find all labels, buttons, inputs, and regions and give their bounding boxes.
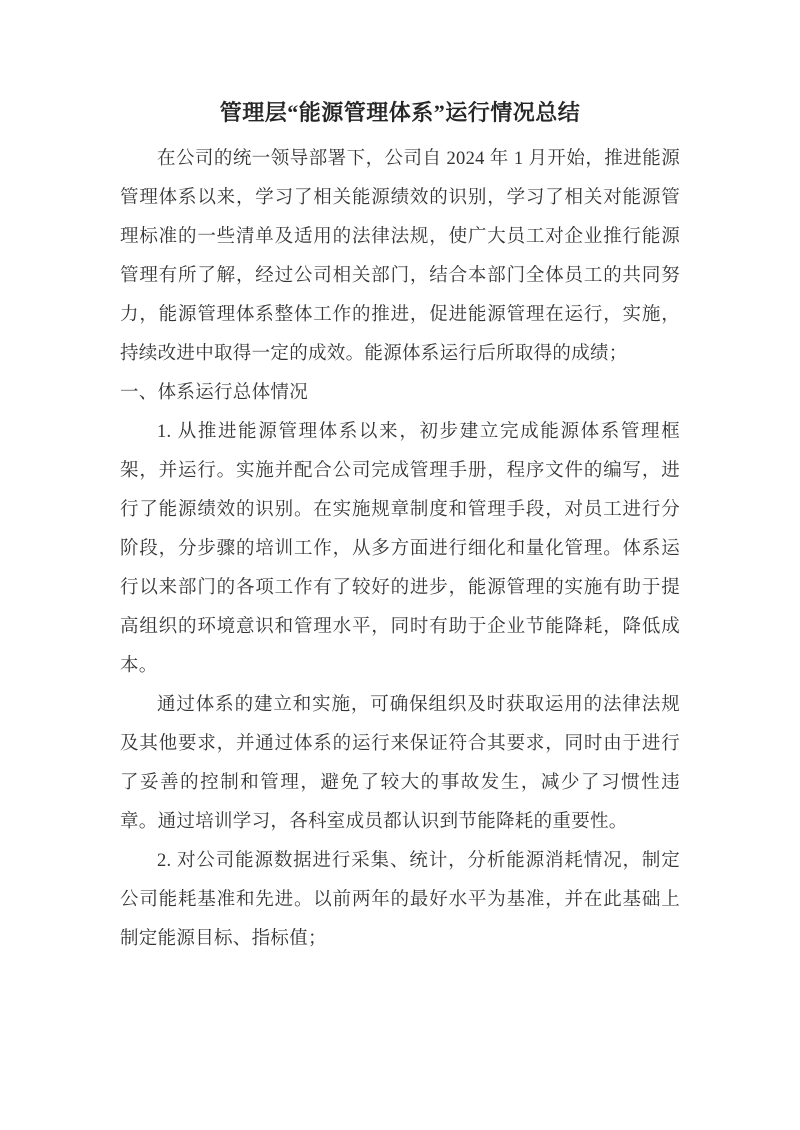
section-heading: 一、体系运行总体情况 — [120, 374, 680, 413]
document-page: 管理层“能源管理体系”运行情况总结 在公司的统一领导部署下，公司自 2024 年… — [0, 0, 800, 1130]
body-paragraph: 2. 对公司能源数据进行采集、统计，分析能源消耗情况，制定公司能耗基准和先进。以… — [120, 842, 680, 959]
document-title: 管理层“能源管理体系”运行情况总结 — [120, 96, 680, 130]
body-paragraph: 在公司的统一领导部署下，公司自 2024 年 1 月开始，推进能源管理体系以来，… — [120, 140, 680, 374]
document-body: 在公司的统一领导部署下，公司自 2024 年 1 月开始，推进能源管理体系以来，… — [120, 140, 680, 959]
body-paragraph: 1. 从推进能源管理体系以来，初步建立完成能源体系管理框架，并运行。实施并配合公… — [120, 413, 680, 686]
body-paragraph: 通过体系的建立和实施，可确保组织及时获取运用的法律法规及其他要求，并通过体系的运… — [120, 686, 680, 842]
